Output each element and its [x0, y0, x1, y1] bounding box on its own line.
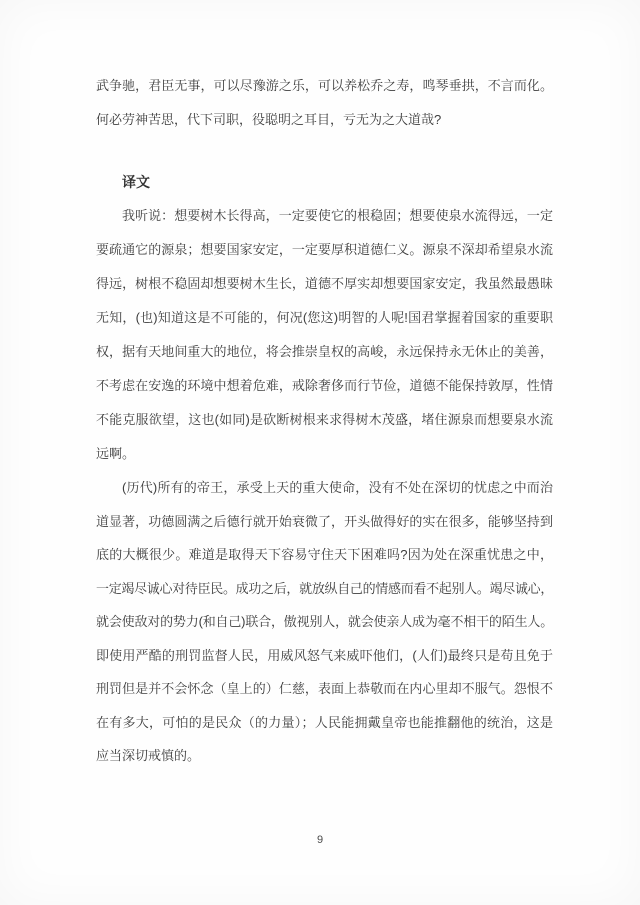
- page-number: 9: [0, 834, 640, 846]
- text-line: 一定竭尽诚心对待臣民。成功之后，就放纵自己的情感而看不起别人。竭尽诚心，: [96, 572, 553, 606]
- translation-section-heading: 译文: [122, 165, 553, 199]
- text-line: 要疏通它的源泉；想要国家安定，一定要厚积道德仁义。源泉不深却希望泉水流: [96, 233, 553, 267]
- translation-paragraph-2: (历代)所有的帝王，承受上天的重大使命，没有不处在深切的忧虑之中而治道显著，功德…: [96, 471, 553, 773]
- text-line: 底的大概很少。难道是取得天下容易守住天下困难吗?因为处在深重忧患之中，: [96, 538, 553, 572]
- text-line: 刑罚但是并不会怀念（皇上的）仁慈，表面上恭敬而在内心里却不服气。怨恨不: [96, 672, 553, 706]
- text-line: 何必劳神苦思，代下司职，役聪明之耳目，亏无为之大道哉?: [96, 103, 553, 137]
- text-line: 在有多大，可怕的是民众（的力量）；人民能拥戴皇帝也能推翻他的统治，这是: [96, 706, 553, 740]
- text-line: 我听说：想要树木长得高，一定要使它的根稳固；想要使泉水流得远，一定: [96, 199, 553, 233]
- text-line: 就会使敌对的势力(和自己)联合，傲视别人，就会使亲人成为毫不相干的陌生人。: [96, 605, 553, 639]
- text-line: 远啊。: [96, 437, 553, 471]
- text-line: 无知，(也)知道这是不可能的，何况(您这)明智的人呢!国君掌握着国家的重要职: [96, 301, 553, 335]
- text-line: 即使用严酷的刑罚监督人民，用威风怒气来威吓他们，(人们)最终只是苟且免于: [96, 639, 553, 673]
- document-content: 武争驰，君臣无事，可以尽豫游之乐，可以养松乔之寿，鸣琴垂拱，不言而化。何必劳神苦…: [96, 69, 553, 773]
- document-page: 武争驰，君臣无事，可以尽豫游之乐，可以养松乔之寿，鸣琴垂拱，不言而化。何必劳神苦…: [0, 0, 640, 905]
- text-line: 应当深切戒慎的。: [96, 739, 553, 773]
- text-line: 不考虑在安逸的环境中想着危难，戒除奢侈而行节俭，道德不能保持敦厚，性情: [96, 369, 553, 403]
- text-line: 得远，树根不稳固却想要树木生长，道德不厚实却想要国家安定，我虽然最愚昧: [96, 267, 553, 301]
- translation-paragraph-1: 我听说：想要树木长得高，一定要使它的根稳固；想要使泉水流得远，一定要疏通它的源泉…: [96, 199, 553, 471]
- text-line: (历代)所有的帝王，承受上天的重大使命，没有不处在深切的忧虑之中而治: [96, 471, 553, 505]
- classical-text-continuation: 武争驰，君臣无事，可以尽豫游之乐，可以养松乔之寿，鸣琴垂拱，不言而化。何必劳神苦…: [96, 69, 553, 137]
- text-line: 道显著，功德圆满之后德行就开始衰微了，开头做得好的实在很多，能够坚持到: [96, 505, 553, 539]
- text-line: 权，据有天地间重大的地位，将会推崇皇权的高峻，永远保持永无休止的美善，: [96, 335, 553, 369]
- text-line: 不能克服欲望，这也(如同)是砍断树根来求得树木茂盛，堵住源泉而想要泉水流: [96, 403, 553, 437]
- text-line: 武争驰，君臣无事，可以尽豫游之乐，可以养松乔之寿，鸣琴垂拱，不言而化。: [96, 69, 553, 103]
